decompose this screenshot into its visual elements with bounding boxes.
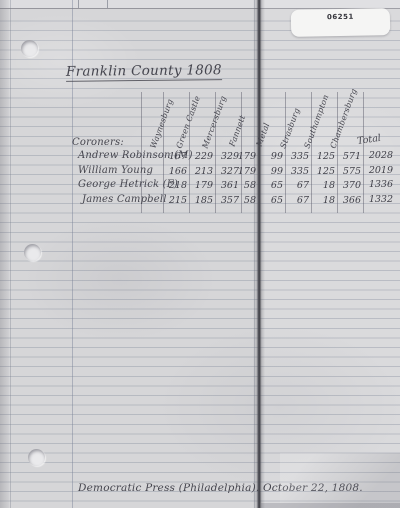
table-cell: 67: [283, 180, 309, 191]
table-cell: 166: [161, 166, 187, 177]
section-label-coroners: Coroners:: [72, 137, 124, 148]
table-cell-total: 2019: [363, 165, 393, 176]
table-cell: 99: [257, 166, 283, 177]
table-cell: 67: [283, 195, 309, 206]
table-cell: 167: [161, 151, 187, 162]
column-header-chambersburg: Chambersburg: [329, 87, 360, 150]
row-name: William Young: [78, 165, 153, 176]
table-cell: 229: [187, 151, 213, 162]
table-cell: 18: [309, 195, 335, 206]
table-cell: 185: [187, 195, 213, 206]
punch-hole: [28, 449, 45, 466]
right-page-surface: [261, 0, 400, 508]
column-header-metal: Metal: [255, 122, 273, 148]
table-cell: 575: [335, 166, 361, 177]
table-cell: 179: [230, 151, 256, 162]
bottom-page-edge: [261, 503, 400, 508]
source-caption: Democratic Press (Philadelphia). October…: [78, 482, 363, 494]
table-cell: 58: [230, 180, 256, 191]
table-cell: 18: [309, 180, 335, 191]
table-cell: 125: [309, 151, 335, 162]
table-cell: 215: [161, 195, 187, 206]
table-cell: 179: [187, 180, 213, 191]
table-cell: 335: [283, 166, 309, 177]
catalog-label: 06251: [291, 8, 390, 37]
table-cell: 366: [335, 195, 361, 206]
table-cell-total: 1336: [363, 179, 393, 190]
background-sheet-line: [107, 0, 108, 8]
table-cell: 65: [257, 195, 283, 206]
table-cell-total: 1332: [363, 194, 393, 205]
table-cell: 335: [283, 151, 309, 162]
page-title: Franklin County 1808: [66, 62, 222, 82]
left-scan-edge: [0, 0, 9, 508]
background-sheet-line: [78, 0, 79, 8]
column-header-total: Total: [356, 133, 381, 147]
column-header-fannett: Fannett: [228, 114, 249, 148]
table-cell-total: 2028: [363, 150, 393, 161]
scanned-document-page: 06251 Franklin County 1808 Waynesburg Gr…: [0, 0, 400, 508]
table-cell: 125: [309, 166, 335, 177]
ruled-lines: [0, 12, 400, 508]
table-cell: 571: [335, 151, 361, 162]
punch-hole: [24, 244, 41, 261]
row-name: James Campbell: [82, 194, 167, 205]
table-cell: 218: [161, 180, 187, 191]
table-cell: 99: [257, 151, 283, 162]
column-header-southampton: Southampton: [303, 93, 332, 150]
catalog-number: 06251: [291, 8, 390, 22]
left-page-right-edge-line: [254, 0, 255, 508]
column-header-strasburg: Strasburg: [279, 107, 303, 150]
table-cell: 58: [230, 195, 256, 206]
left-page-edge-line: [10, 0, 11, 508]
table-cell: 370: [335, 180, 361, 191]
table-cell: 179: [230, 166, 256, 177]
table-cell: 213: [187, 166, 213, 177]
table-cell: 65: [257, 180, 283, 191]
bottom-right-page-curl: [280, 453, 400, 508]
punch-hole: [21, 40, 38, 57]
page-top-edge: [0, 0, 400, 9]
